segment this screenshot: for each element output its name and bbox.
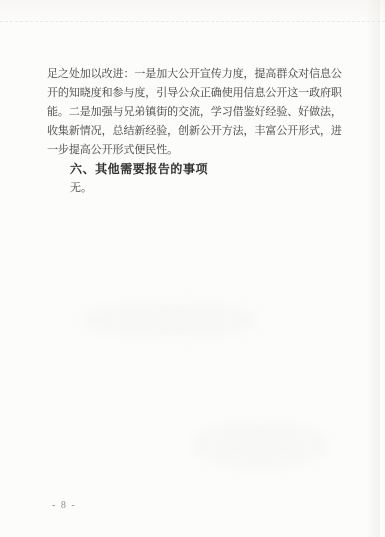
page-number: - 8 - [52,500,76,512]
paragraph-line: 能。二是加强与兄弟镇街的交流，学习借鉴好经验、好做法， [47,103,347,122]
scan-artifact-bleed-spot [190,420,330,470]
paragraph-line: 一步提高公开形式便民性。 [47,141,347,160]
paragraph-line: 开的知晓度和参与度，引导公众正确使用信息公开这一政府职 [47,84,347,103]
text-block: 足之处加以改进：一是加大公开宣传力度，提高群众对信息公 开的知晓度和参与度，引导… [47,65,347,198]
paragraph-line: 收集新情况，总结新经验，创新公开方法，丰富公开形式，进 [47,122,347,141]
scan-artifact-bleed-spot [80,300,260,340]
scan-artifact-right-streak [366,0,380,537]
section-heading: 六、其他需要报告的事项 [47,160,347,179]
document-page: 足之处加以改进：一是加大公开宣传力度，提高群众对信息公 开的知晓度和参与度，引导… [0,0,385,537]
scan-artifact-top-band [0,0,385,22]
paragraph-line: 足之处加以改进：一是加大公开宣传力度，提高群众对信息公 [47,65,347,84]
section-body: 无。 [47,179,347,198]
scan-artifact-top-line [0,21,385,22]
